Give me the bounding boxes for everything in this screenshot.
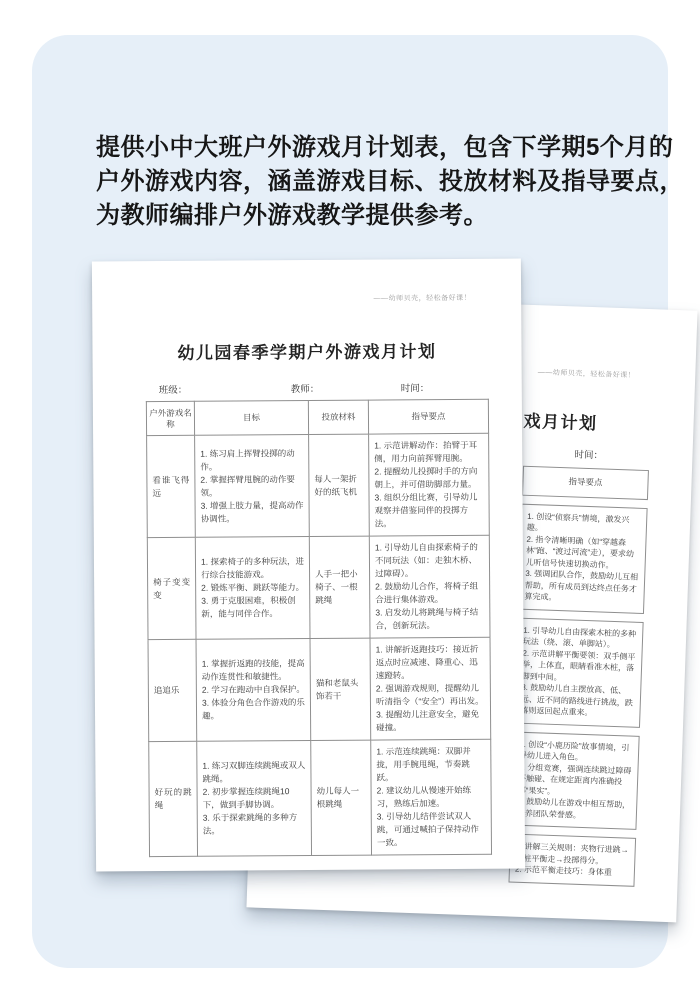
page2-title-fragment: 戏月计划	[523, 407, 598, 435]
monthly-plan-table: 户外游戏名称 目标 投放材料 指导要点 看谁飞得远 1. 练习肩上挥臂投掷的动作…	[146, 399, 492, 857]
class-field-label: 班级：	[159, 382, 188, 396]
game-name: 椅子变变变	[147, 537, 196, 639]
game-points: 1. 讲解折返跑技巧：接近折返点时应减速、降重心、迅速蹬转。 2. 强调游戏规则…	[370, 637, 491, 740]
game-materials: 幼儿每人一根跳绳	[311, 740, 372, 855]
game-name: 好玩的跳绳	[149, 741, 198, 856]
game-materials: 猫和老鼠头饰若干	[310, 638, 371, 740]
table-row: 看谁飞得远 1. 练习肩上挥臂投掷的动作。 2. 掌握挥臂甩腕的动作要领。 3.…	[147, 433, 490, 537]
game-materials: 人手一把小椅子、一根跳绳	[309, 536, 370, 638]
table-header-row: 户外游戏名称 目标 投放材料 指导要点	[146, 399, 488, 435]
guidance-cell: 1. 创设“侦察兵”情境，激发兴趣。 2. 指令清晰明确（如“穿越森林”跑、“渡…	[518, 503, 648, 613]
teacher-field-label: 教师：	[291, 381, 320, 395]
header-materials: 投放材料	[308, 400, 368, 434]
column-header: 指导要点	[522, 466, 649, 500]
guidance-cell: 1. 引导幼儿自由探索木桩的多种玩法（绕、滚、单脚站）。 2. 示范讲解平衡要领…	[514, 617, 644, 727]
game-points: 1. 引导幼儿自由探索椅子的不同玩法（如：走独木桥、过障碍）。 2. 鼓励幼儿合…	[369, 535, 490, 638]
game-goal: 1. 掌握折返跑的技能，提高动作连贯性和敏捷性。 2. 学习在跑动中自我保护。 …	[196, 638, 311, 741]
background-panel: 提供小中大班户外游戏月计划表，包含下学期5个月的户外游戏内容，涵盖游戏目标、投放…	[32, 35, 668, 968]
intro-text: 提供小中大班户外游戏月计划表，包含下学期5个月的户外游戏内容，涵盖游戏目标、投放…	[96, 131, 684, 233]
brand-slogan: ——幼师贝壳，轻松备好课！	[538, 367, 636, 380]
guidance-cell: 1. 讲解三关规则：夹物行进跳→木桩平衡走→投掷得分。 2. 示范平衡走技巧：身…	[508, 833, 636, 886]
page1-title: 幼儿园春季学期户外游戏月计划	[92, 337, 521, 365]
table-row: 追追乐 1. 掌握折返跑的技能，提高动作连贯性和敏捷性。 2. 学习在跑动中自我…	[148, 637, 491, 741]
game-goal: 1. 练习双脚连续跳绳或双人跳绳。 2. 初步掌握连续跳绳10下，做到手脚协调。…	[197, 740, 312, 856]
header-game-name: 户外游戏名称	[146, 401, 194, 435]
game-goal: 1. 练习肩上挥臂投掷的动作。 2. 掌握挥臂甩腕的动作要领。 3. 增强上肢力…	[195, 434, 310, 537]
guidance-cell: 1. 创设“小鹿历险”故事情境，引导幼儿进入角色。 2. 分组竞赛，强调连续跳过…	[510, 731, 639, 830]
document-page-1: ——幼师贝壳，轻松备好课！ 幼儿园春季学期户外游戏月计划 班级： 教师： 时间：…	[92, 259, 525, 872]
header-points: 指导要点	[368, 399, 488, 434]
game-name: 追追乐	[148, 639, 197, 741]
brand-slogan: ——幼师贝壳，轻松备好课！	[374, 293, 472, 304]
header-goal: 目标	[194, 400, 308, 435]
promo-canvas: 提供小中大班户外游戏月计划表，包含下学期5个月的户外游戏内容，涵盖游戏目标、投放…	[0, 0, 700, 999]
table-row: 好玩的跳绳 1. 练习双脚连续跳绳或双人跳绳。 2. 初步掌握连续跳绳10下，做…	[149, 739, 492, 856]
game-points: 1. 示范连续跳绳：双脚并拢，用手腕甩绳，节奏跳跃。 2. 建议幼儿从慢速开始练…	[371, 739, 492, 855]
info-fields: 班级： 教师： 时间：	[93, 380, 522, 397]
game-name: 看谁飞得远	[147, 435, 196, 537]
page2-time-label: 时间：	[574, 446, 603, 461]
time-field-label: 时间：	[401, 380, 430, 394]
game-goal: 1. 探索椅子的多种玩法，进行综合技能游戏。 2. 锻炼平衡、跳跃等能力。 3.…	[195, 536, 310, 639]
game-materials: 每人一架折好的纸飞机	[309, 434, 370, 536]
page2-guidance-column: 指导要点 1. 创设“侦察兵”情境，激发兴趣。 2. 指令清晰明确（如“穿越森林…	[508, 466, 649, 895]
game-points: 1. 示范讲解动作：抬臂于耳侧，用力向前挥臂甩腕。 2. 提醒幼儿投掷时手的方向…	[369, 433, 490, 536]
table-row: 椅子变变变 1. 探索椅子的多种玩法，进行综合技能游戏。 2. 锻炼平衡、跳跃等…	[147, 535, 490, 639]
